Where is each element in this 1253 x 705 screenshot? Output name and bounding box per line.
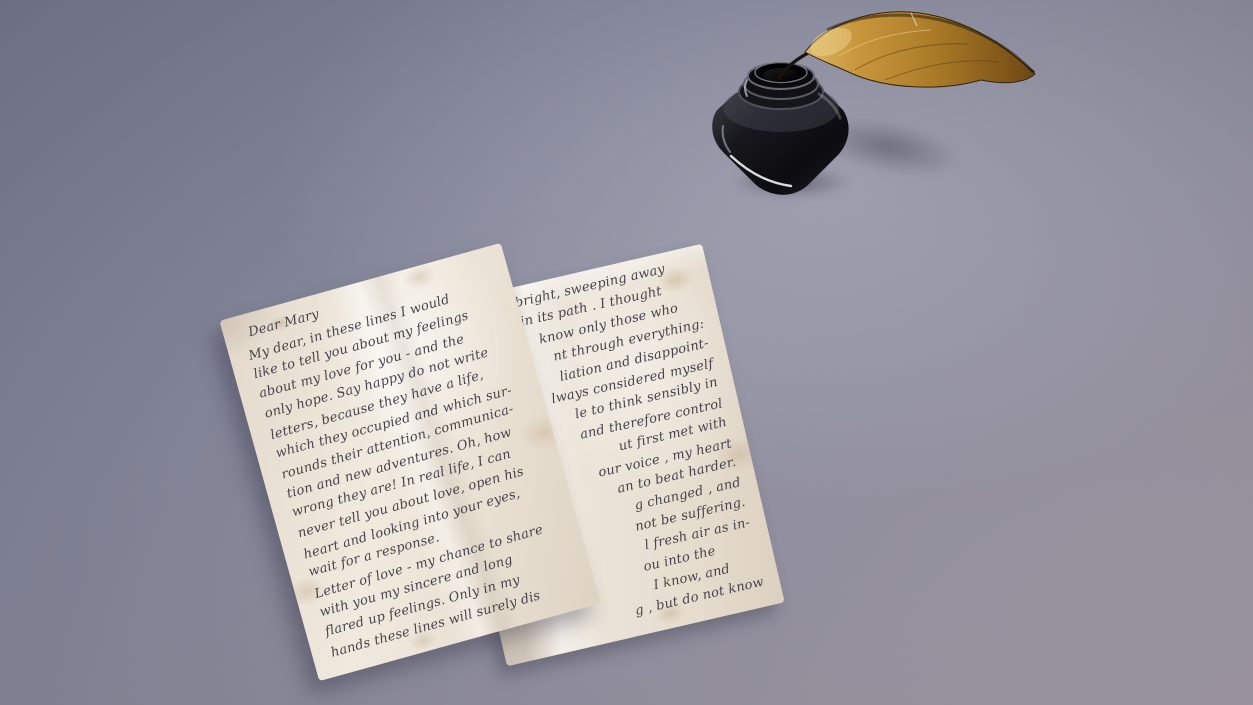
- quill-feather: [735, 0, 1055, 128]
- scene: , bright, sweeping awayin its path . I t…: [0, 0, 1253, 705]
